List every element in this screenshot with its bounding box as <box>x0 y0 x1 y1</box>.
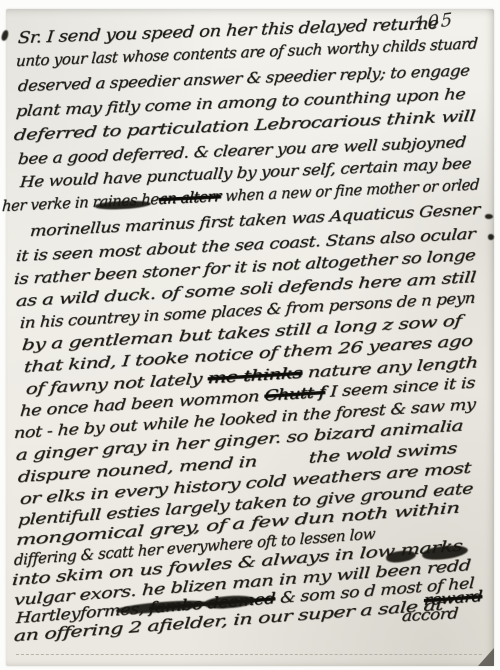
handwritten-text: accord <box>401 604 458 625</box>
paper-bottom-edge <box>16 654 482 655</box>
ink-blot <box>485 214 493 219</box>
manuscript-line: accord <box>401 604 451 627</box>
ink-blot <box>488 234 494 240</box>
manuscript-page: 105 Sr. I send you speed on her this del… <box>0 0 500 670</box>
struck-word: an alterr <box>158 187 221 208</box>
page-corner-shadow <box>478 648 494 666</box>
struck-word: Chutt f <box>264 383 326 405</box>
